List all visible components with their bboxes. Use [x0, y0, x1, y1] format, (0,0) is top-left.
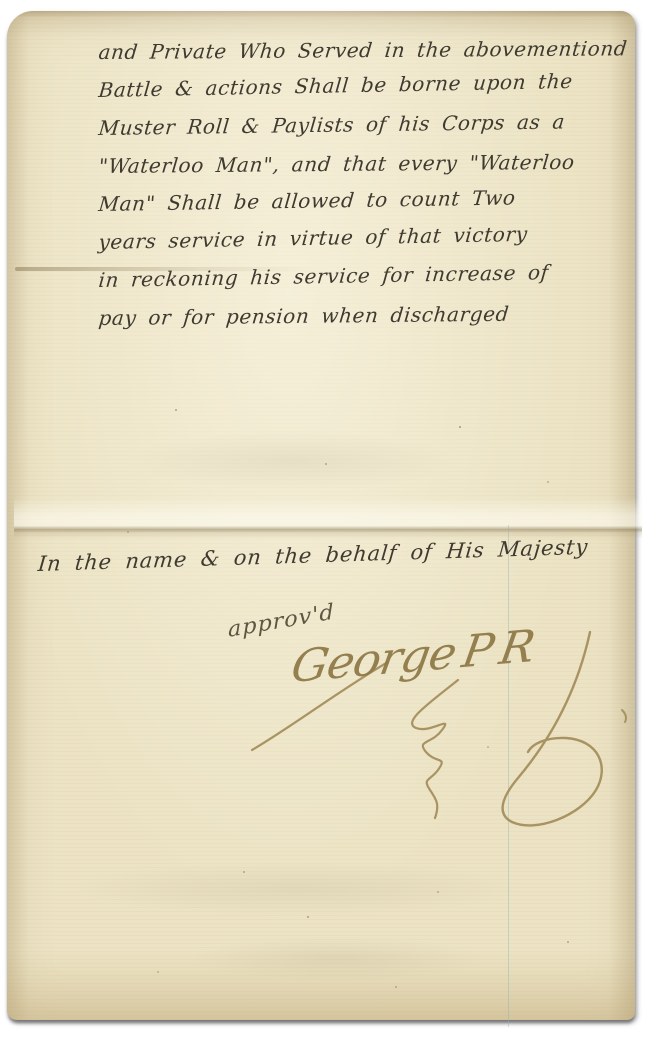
- text-line: pay or for pension when discharged: [96, 301, 620, 344]
- ink-showthrough: [67, 861, 527, 916]
- ink-showthrough: [127, 431, 457, 491]
- royal-signature: George P R: [250, 618, 642, 840]
- body-text: and Private Who Served in the abovementi…: [98, 40, 618, 344]
- ink-showthrough: [187, 936, 487, 981]
- text-line: in reckoning his service for increase of: [96, 259, 620, 306]
- manuscript-scan: and Private Who Served in the abovementi…: [0, 0, 648, 1040]
- text-line: Muster Roll & Paylists of his Corps as a: [96, 109, 620, 154]
- fold-crease-lower: [14, 497, 642, 539]
- paper-speckles: [7, 11, 9, 13]
